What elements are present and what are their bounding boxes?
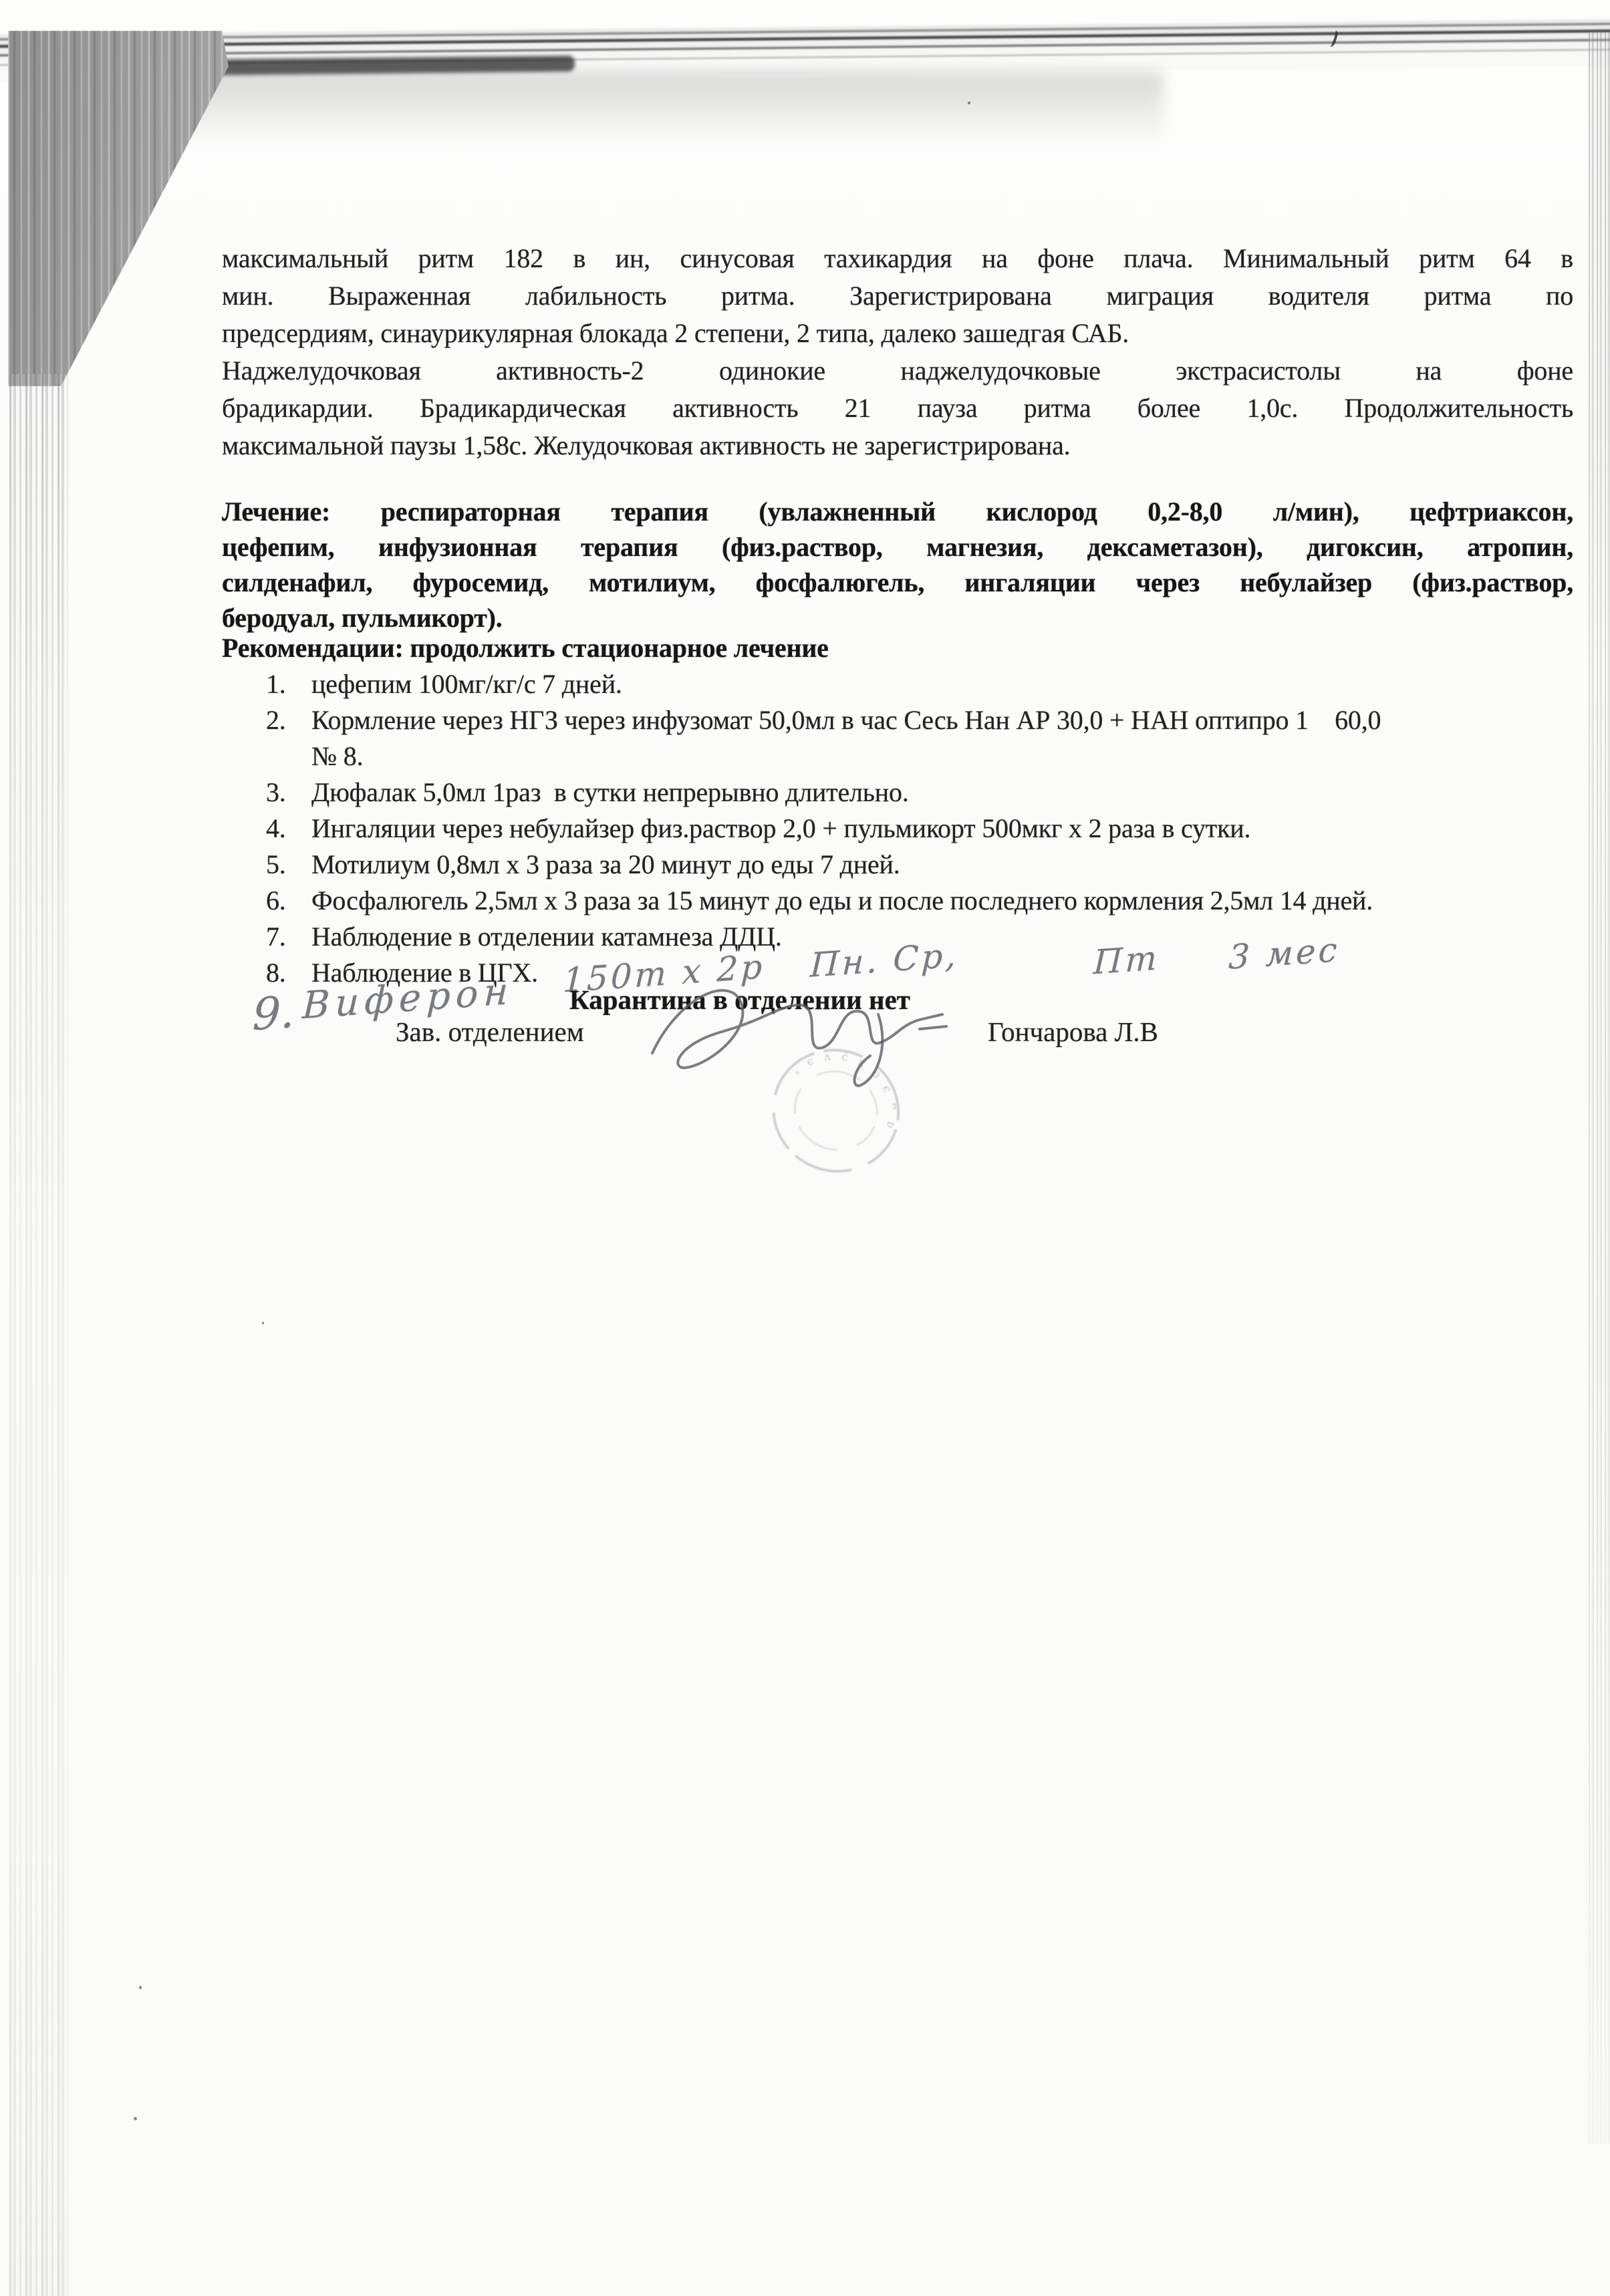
list-item-text: Кормление через НГЗ через инфузомат 50,0…: [311, 704, 1381, 736]
list-item: 3. Дюфалак 5,0мл 1раз в сутки непрерывно…: [222, 776, 1573, 813]
speck: [262, 1322, 264, 1324]
list-item-number: 5.: [266, 849, 286, 881]
list-item: 1. цефепим 100мг/кг/с 7 дней.: [222, 668, 1573, 704]
list-item-text: № 8.: [311, 740, 363, 772]
list-item: 6. Фосфалюгель 2,5мл х 3 раза за 15 мину…: [222, 885, 1573, 921]
ecg-line: предсердиям, синаурикулярная блокада 2 с…: [222, 317, 1573, 354]
handwritten-days: Пт: [1093, 938, 1160, 982]
recommendations-heading: Рекомендации: продолжить стационарное ле…: [222, 632, 1573, 664]
speck: [139, 1986, 142, 1989]
scanned-page: максимальный ритм 182 в ин, синусовая та…: [0, 0, 1610, 2296]
scan-shadow-artifact: [160, 72, 1163, 146]
handwritten-item-number: 9.: [252, 986, 296, 1041]
list-item-number: 7.: [266, 921, 286, 953]
treatment-line: Лечение: респираторная терапия (увлажнен…: [222, 496, 1573, 531]
list-item: 2. Кормление через НГЗ через инфузомат 5…: [222, 704, 1573, 740]
speck: [134, 2117, 137, 2120]
list-item-text: Фосфалюгель 2,5мл х 3 раза за 15 минут д…: [311, 885, 1373, 917]
treatment-line: цефепим, инфузионная терапия (физ.раство…: [222, 531, 1573, 567]
list-item-number: 6.: [266, 885, 286, 917]
scan-right-streaks-artifact: [1589, 32, 1610, 2144]
list-item-number: 2.: [266, 704, 286, 736]
ecg-line: максимальной паузы 1,58с. Желудочковая а…: [222, 429, 1573, 466]
folded-corner-artifact: [8, 31, 229, 386]
list-item-number: 3.: [266, 776, 286, 809]
scan-left-streaks-artifact: [9, 374, 68, 2296]
speck: [968, 102, 970, 104]
list-item-number: 1.: [266, 668, 286, 700]
list-item-number: 8.: [266, 957, 286, 989]
ecg-line: брадикардии. Брадикардическая активность…: [222, 392, 1573, 429]
list-item-text: Мотилиум 0,8мл х 3 раза за 20 минут до е…: [311, 849, 900, 881]
treatment-paragraph: Лечение: респираторная терапия (увлажнен…: [222, 496, 1573, 637]
ecg-line: Наджелудочковая активность-2 одинокие на…: [222, 354, 1573, 392]
ecg-line: максимальный ритм 182 в ин, синусовая та…: [222, 242, 1573, 279]
list-item: 5. Мотилиум 0,8мл х 3 раза за 20 минут д…: [222, 849, 1573, 885]
list-item-number: 4.: [266, 813, 286, 845]
treatment-line: силденафил, фуросемид, мотилиум, фосфалю…: [222, 567, 1573, 602]
list-item: 4. Ингаляции через небулайзер физ.раство…: [222, 813, 1573, 849]
list-item-text: Наблюдение в отделении катамнеза ДДЦ.: [311, 921, 782, 953]
ecg-paragraph: максимальный ритм 182 в ин, синусовая та…: [222, 242, 1573, 466]
list-item-text: Дюфалак 5,0мл 1раз в сутки непрерывно дл…: [311, 776, 909, 809]
ecg-line: мин. Выраженная лабильность ритма. Зарег…: [222, 279, 1573, 317]
list-item-text: цефепим 100мг/кг/с 7 дней.: [311, 668, 622, 700]
list-item-text: Ингаляции через небулайзер физ.раствор 2…: [311, 813, 1250, 845]
doctor-name: Гончарова Л.В: [988, 1016, 1158, 1048]
handwritten-duration: 3 мес: [1228, 930, 1340, 977]
list-item-continuation: № 8.: [222, 740, 1573, 776]
head-of-department-label: Зав. отделением: [396, 1016, 584, 1048]
